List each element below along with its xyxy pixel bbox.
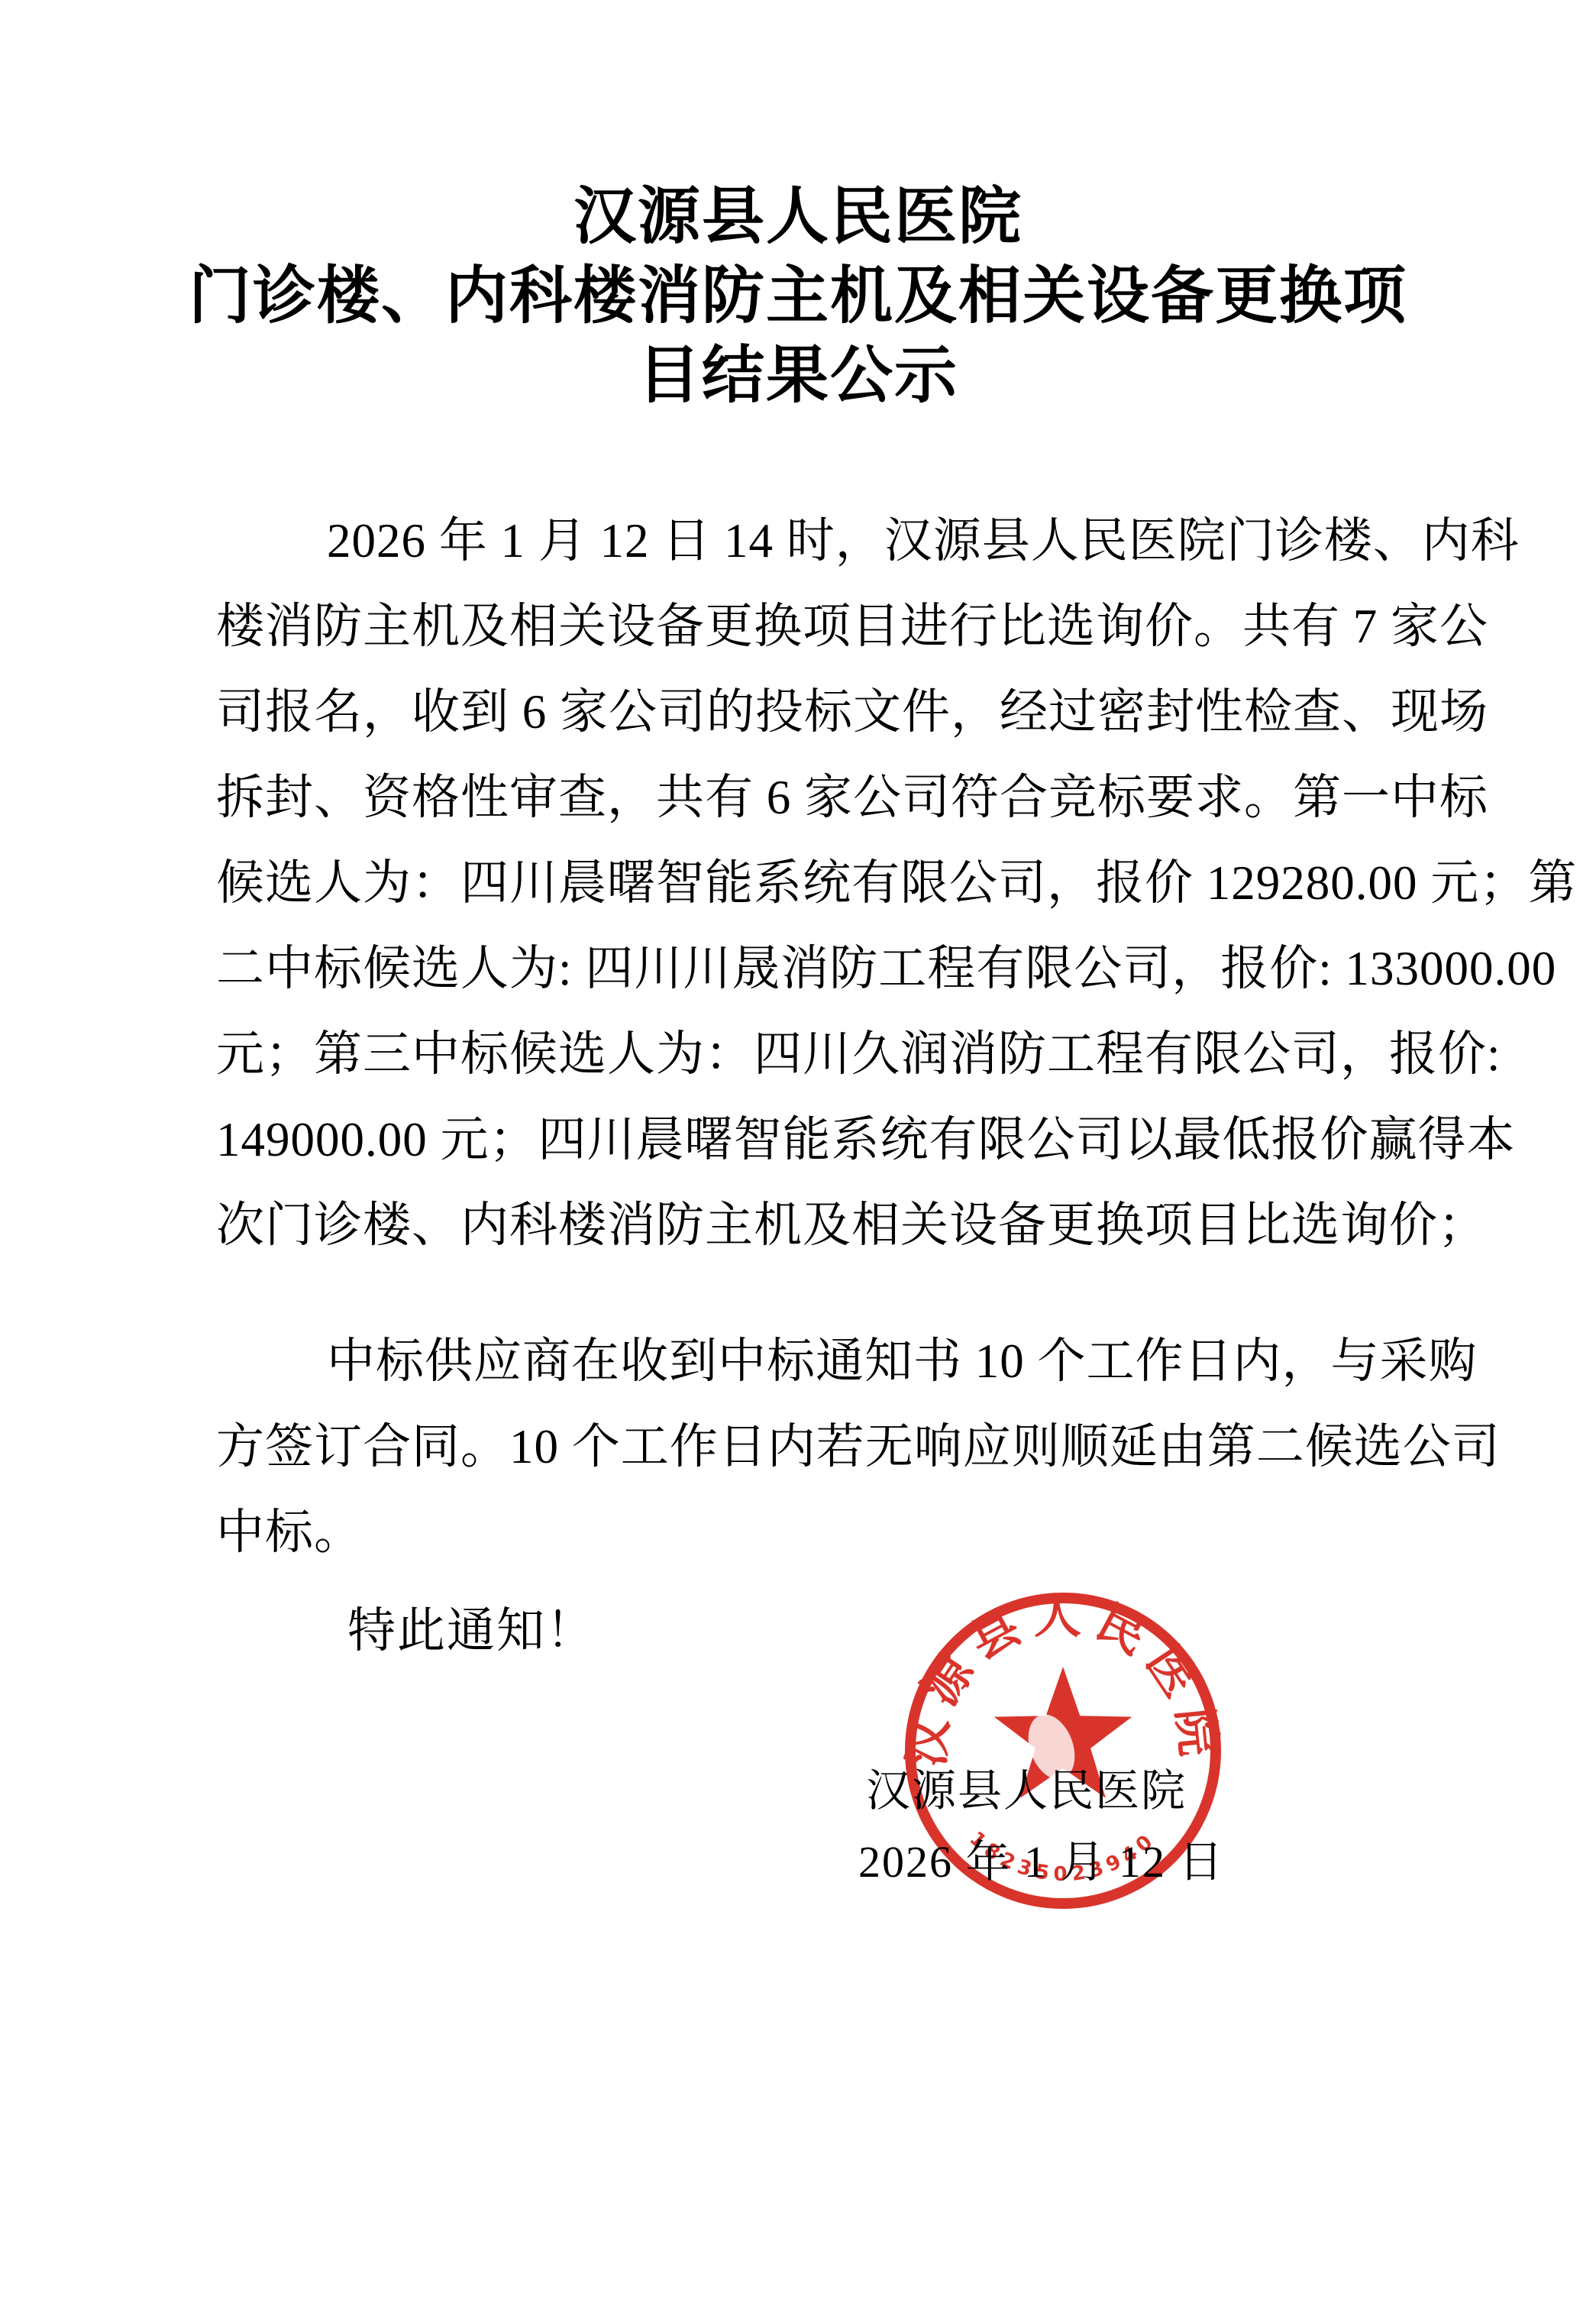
paragraph-1-line: 候选人为：四川晨曙智能系统有限公司，报价 129280.00 元；第 [216, 840, 1384, 926]
title-line-3: 目结果公示 [0, 336, 1596, 416]
document-title: 汉源县人民医院 门诊楼、内科楼消防主机及相关设备更换项 目结果公示 [0, 177, 1596, 416]
paragraph-1-line: 楼消防主机及相关设备更换项目进行比选询价。共有 7 家公 [216, 584, 1384, 669]
signature-date: 2026 年 1 月 12 日 [858, 1832, 1225, 1893]
paragraph-1-line: 拆封、资格性审查，共有 6 家公司符合竞标要求。第一中标 [216, 755, 1384, 840]
paragraph-1: 2026 年 1 月 12 日 14 时，汉源县人民医院门诊楼、内科 楼消防主机… [216, 498, 1384, 1268]
paragraph-1-line: 2026 年 1 月 12 日 14 时，汉源县人民医院门诊楼、内科 [216, 498, 1384, 584]
paragraph-2-line: 中标供应商在收到中标通知书 10 个工作日内，与采购 [216, 1318, 1384, 1404]
paragraph-1-line: 元；第三中标候选人为：四川久润消防工程有限公司，报价: [216, 1011, 1384, 1097]
title-line-2: 门诊楼、内科楼消防主机及相关设备更换项 [0, 257, 1596, 336]
paragraph-2: 中标供应商在收到中标通知书 10 个工作日内，与采购 方签订合同。10 个工作日… [216, 1318, 1384, 1575]
paragraph-2-line: 中标。 [216, 1490, 1384, 1575]
paragraph-1-line: 二中标候选人为: 四川川晟消防工程有限公司，报价: 133000.00 [216, 926, 1384, 1011]
paragraph-1-line: 次门诊楼、内科楼消防主机及相关设备更换项目比选询价； [216, 1182, 1384, 1268]
paragraph-1-line: 149000.00 元；四川晨曙智能系统有限公司以最低报价赢得本 [216, 1097, 1384, 1182]
announcement-document: 汉源县人民医院 门诊楼、内科楼消防主机及相关设备更换项 目结果公示 2026 年… [0, 0, 1596, 2303]
paragraph-1-line: 司报名，收到 6 家公司的投标文件，经过密封性检查、现场 [216, 669, 1384, 755]
title-line-1: 汉源县人民医院 [0, 177, 1596, 257]
signature-organization: 汉源县人民医院 [866, 1761, 1187, 1822]
paragraph-2-line: 方签订合同。10 个工作日内若无响应则顺延由第二候选公司 [216, 1404, 1384, 1490]
notice-text: 特此通知！ [347, 1596, 596, 1665]
